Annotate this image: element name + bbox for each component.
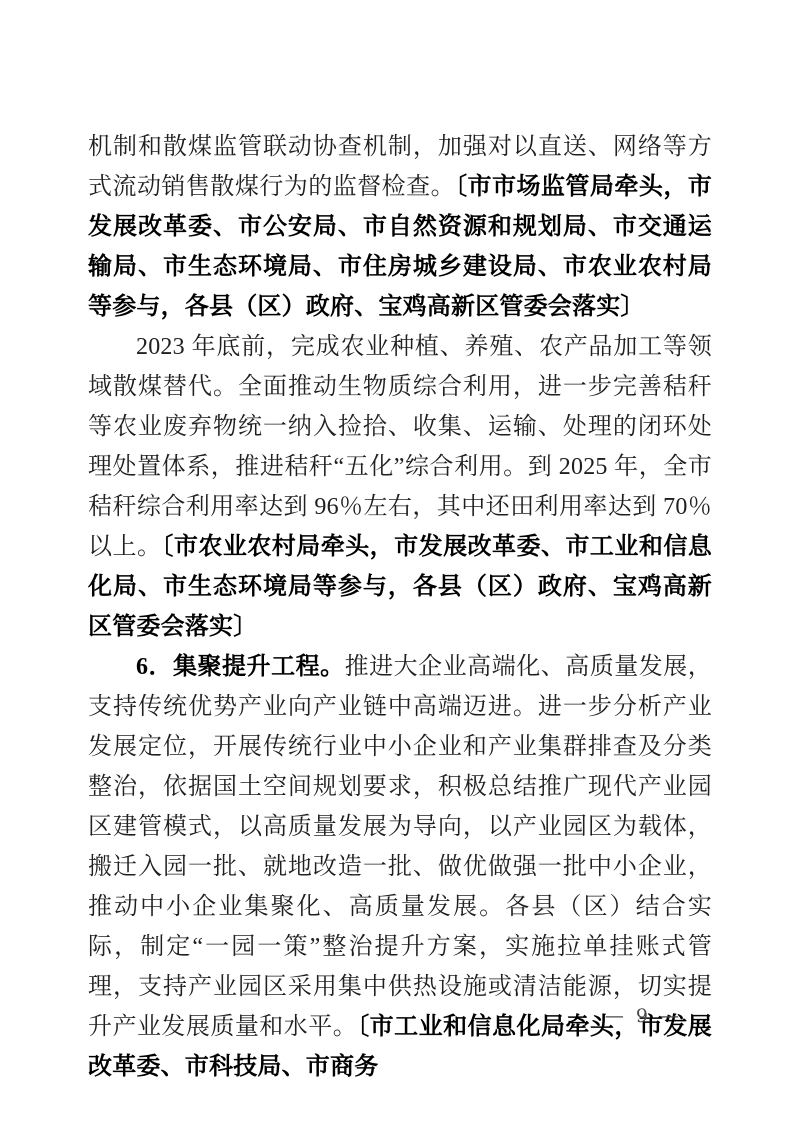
- paragraph-biomass-utilization: 2023 年底前，完成农业种植、养殖、农产品加工等领域散煤替代。全面推动生物质综…: [88, 327, 712, 647]
- body-text-segment: 2023 年底前，完成农业种植、养殖、农产品加工等领域散煤替代。全面推动生物质综…: [88, 334, 712, 560]
- body-text-segment: 推进大企业高端化、高质量发展，支持传统优势产业向产业链中高端迈进。进一步分析产业…: [88, 654, 712, 1040]
- paragraph-scattered-coal-supervision: 机制和散煤监管联动协查机制，加强对以直送、网络等方式流动销售散煤行为的监督检查。…: [88, 127, 712, 327]
- item-heading: 6．集聚提升工程。: [136, 654, 345, 680]
- document-body: 机制和散煤监管联动协查机制，加强对以直送、网络等方式流动销售散煤行为的监督检查。…: [88, 127, 712, 1087]
- responsibility-clause: 〔市农业农村局牵头，市发展改革委、市工业和信息化局、市生态环境局等参与，各县（区…: [88, 534, 712, 640]
- page-number: — 9 —: [605, 1002, 682, 1030]
- document-page: 机制和散煤监管联动协查机制，加强对以直送、网络等方式流动销售散煤行为的监督检查。…: [0, 0, 800, 1131]
